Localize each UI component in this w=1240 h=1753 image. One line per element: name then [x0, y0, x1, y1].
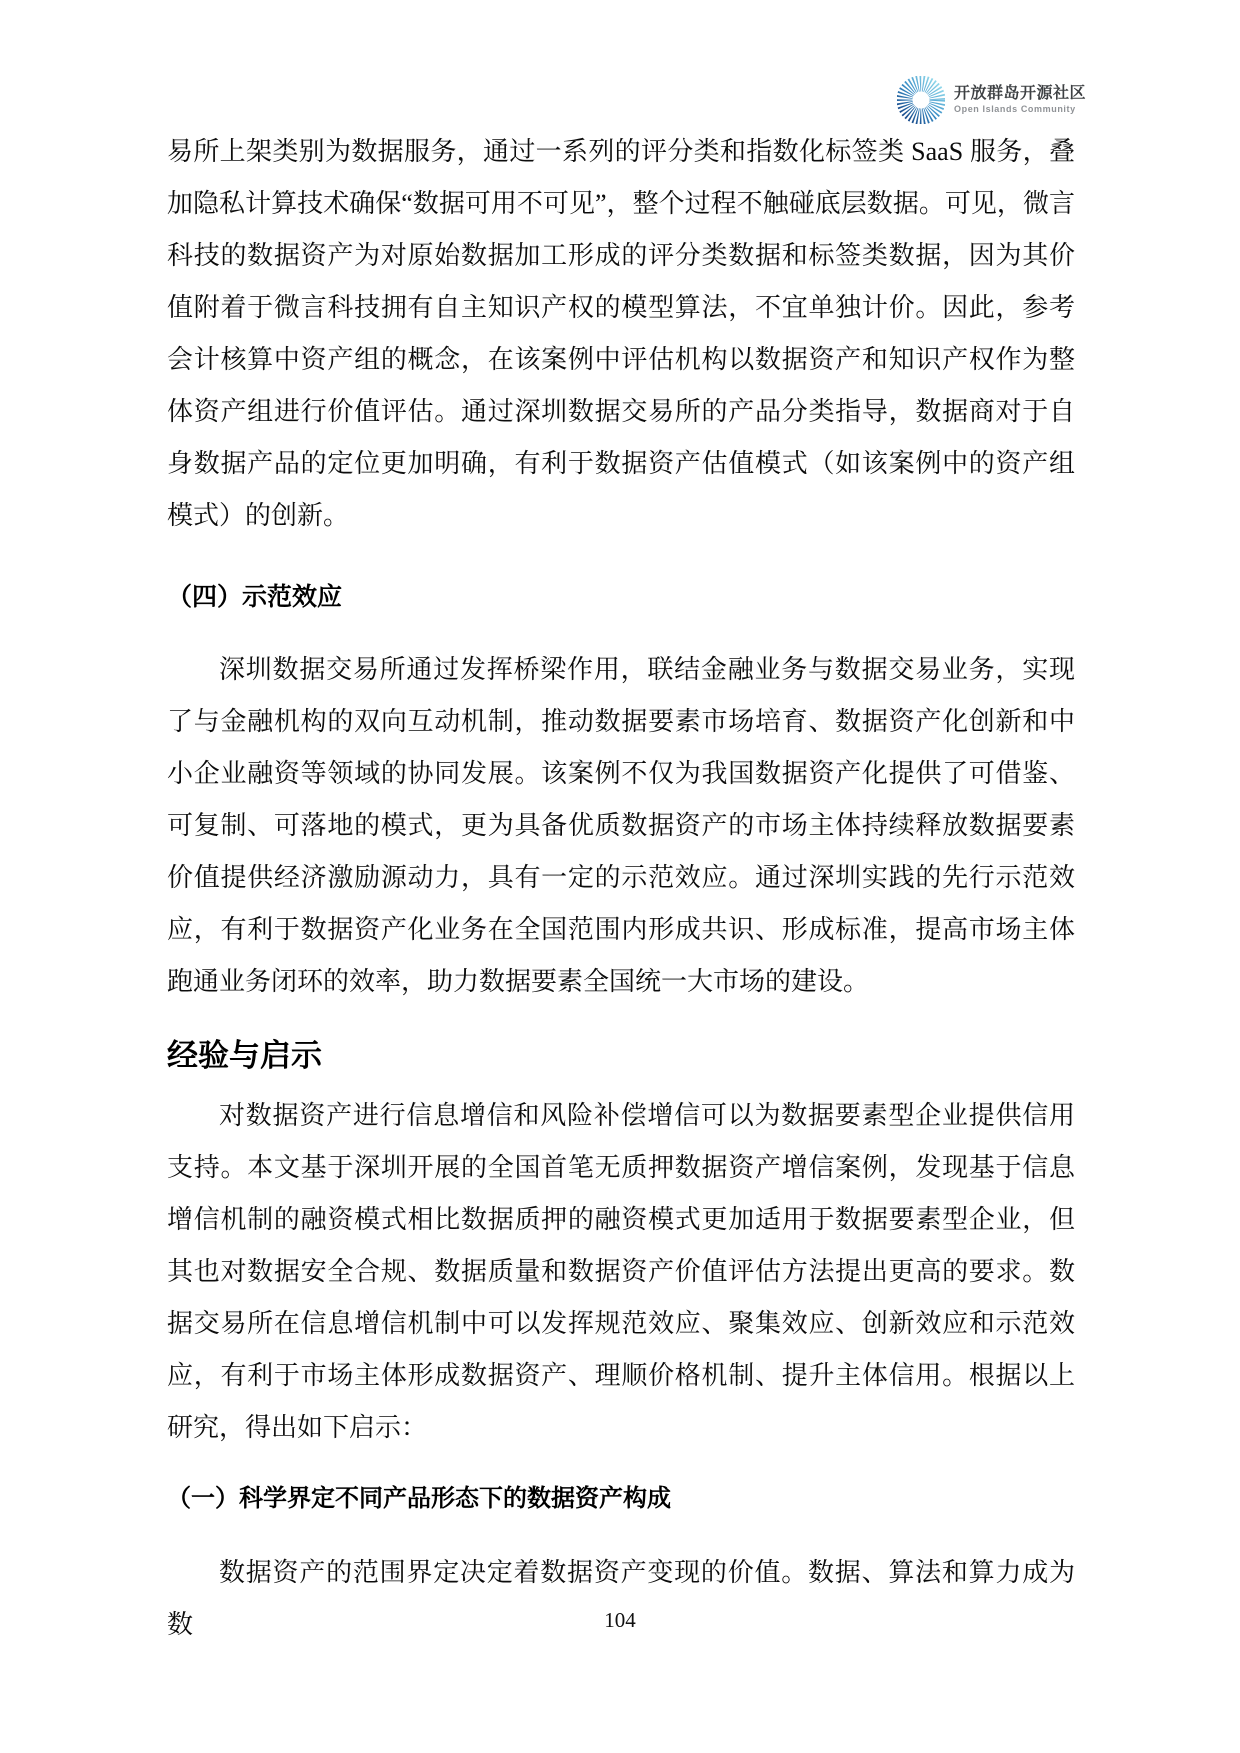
insight1-paragraph: 数据资产的范围界定决定着数据资产变现的价值。数据、算法和算力成为数 — [167, 1547, 1075, 1651]
section4-heading: （四）示范效应 — [167, 580, 1075, 614]
logo-name-cn: 开放群岛开源社区 — [954, 85, 1086, 103]
section4-paragraph: 深圳数据交易所通过发挥桥梁作用，联结金融业务与数据交易业务，实现了与金融机构的双… — [167, 644, 1075, 1008]
logo-name-en: Open Islands Community — [954, 103, 1086, 115]
experience-paragraph: 对数据资产进行信息增信和风险补偿增信可以为数据要素型企业提供信用支持。本文基于深… — [167, 1090, 1075, 1454]
insight1-heading: （一）科学界定不同产品形态下的数据资产构成 — [167, 1482, 1075, 1515]
page-content: 易所上架类别为数据服务，通过一系列的评分类和指数化标签类 SaaS 服务，叠加隐… — [167, 126, 1075, 1651]
open-islands-logo: 开放群岛开源社区 Open Islands Community — [897, 76, 1086, 124]
radial-burst-icon — [897, 76, 945, 124]
page-number: 104 — [0, 1608, 1240, 1633]
experience-heading: 经验与启示 — [167, 1034, 1075, 1078]
logo-text: 开放群岛开源社区 Open Islands Community — [954, 85, 1086, 115]
paragraph-continuation: 易所上架类别为数据服务，通过一系列的评分类和指数化标签类 SaaS 服务，叠加隐… — [167, 126, 1075, 542]
document-page: 开放群岛开源社区 Open Islands Community 易所上架类别为数… — [0, 0, 1240, 1753]
